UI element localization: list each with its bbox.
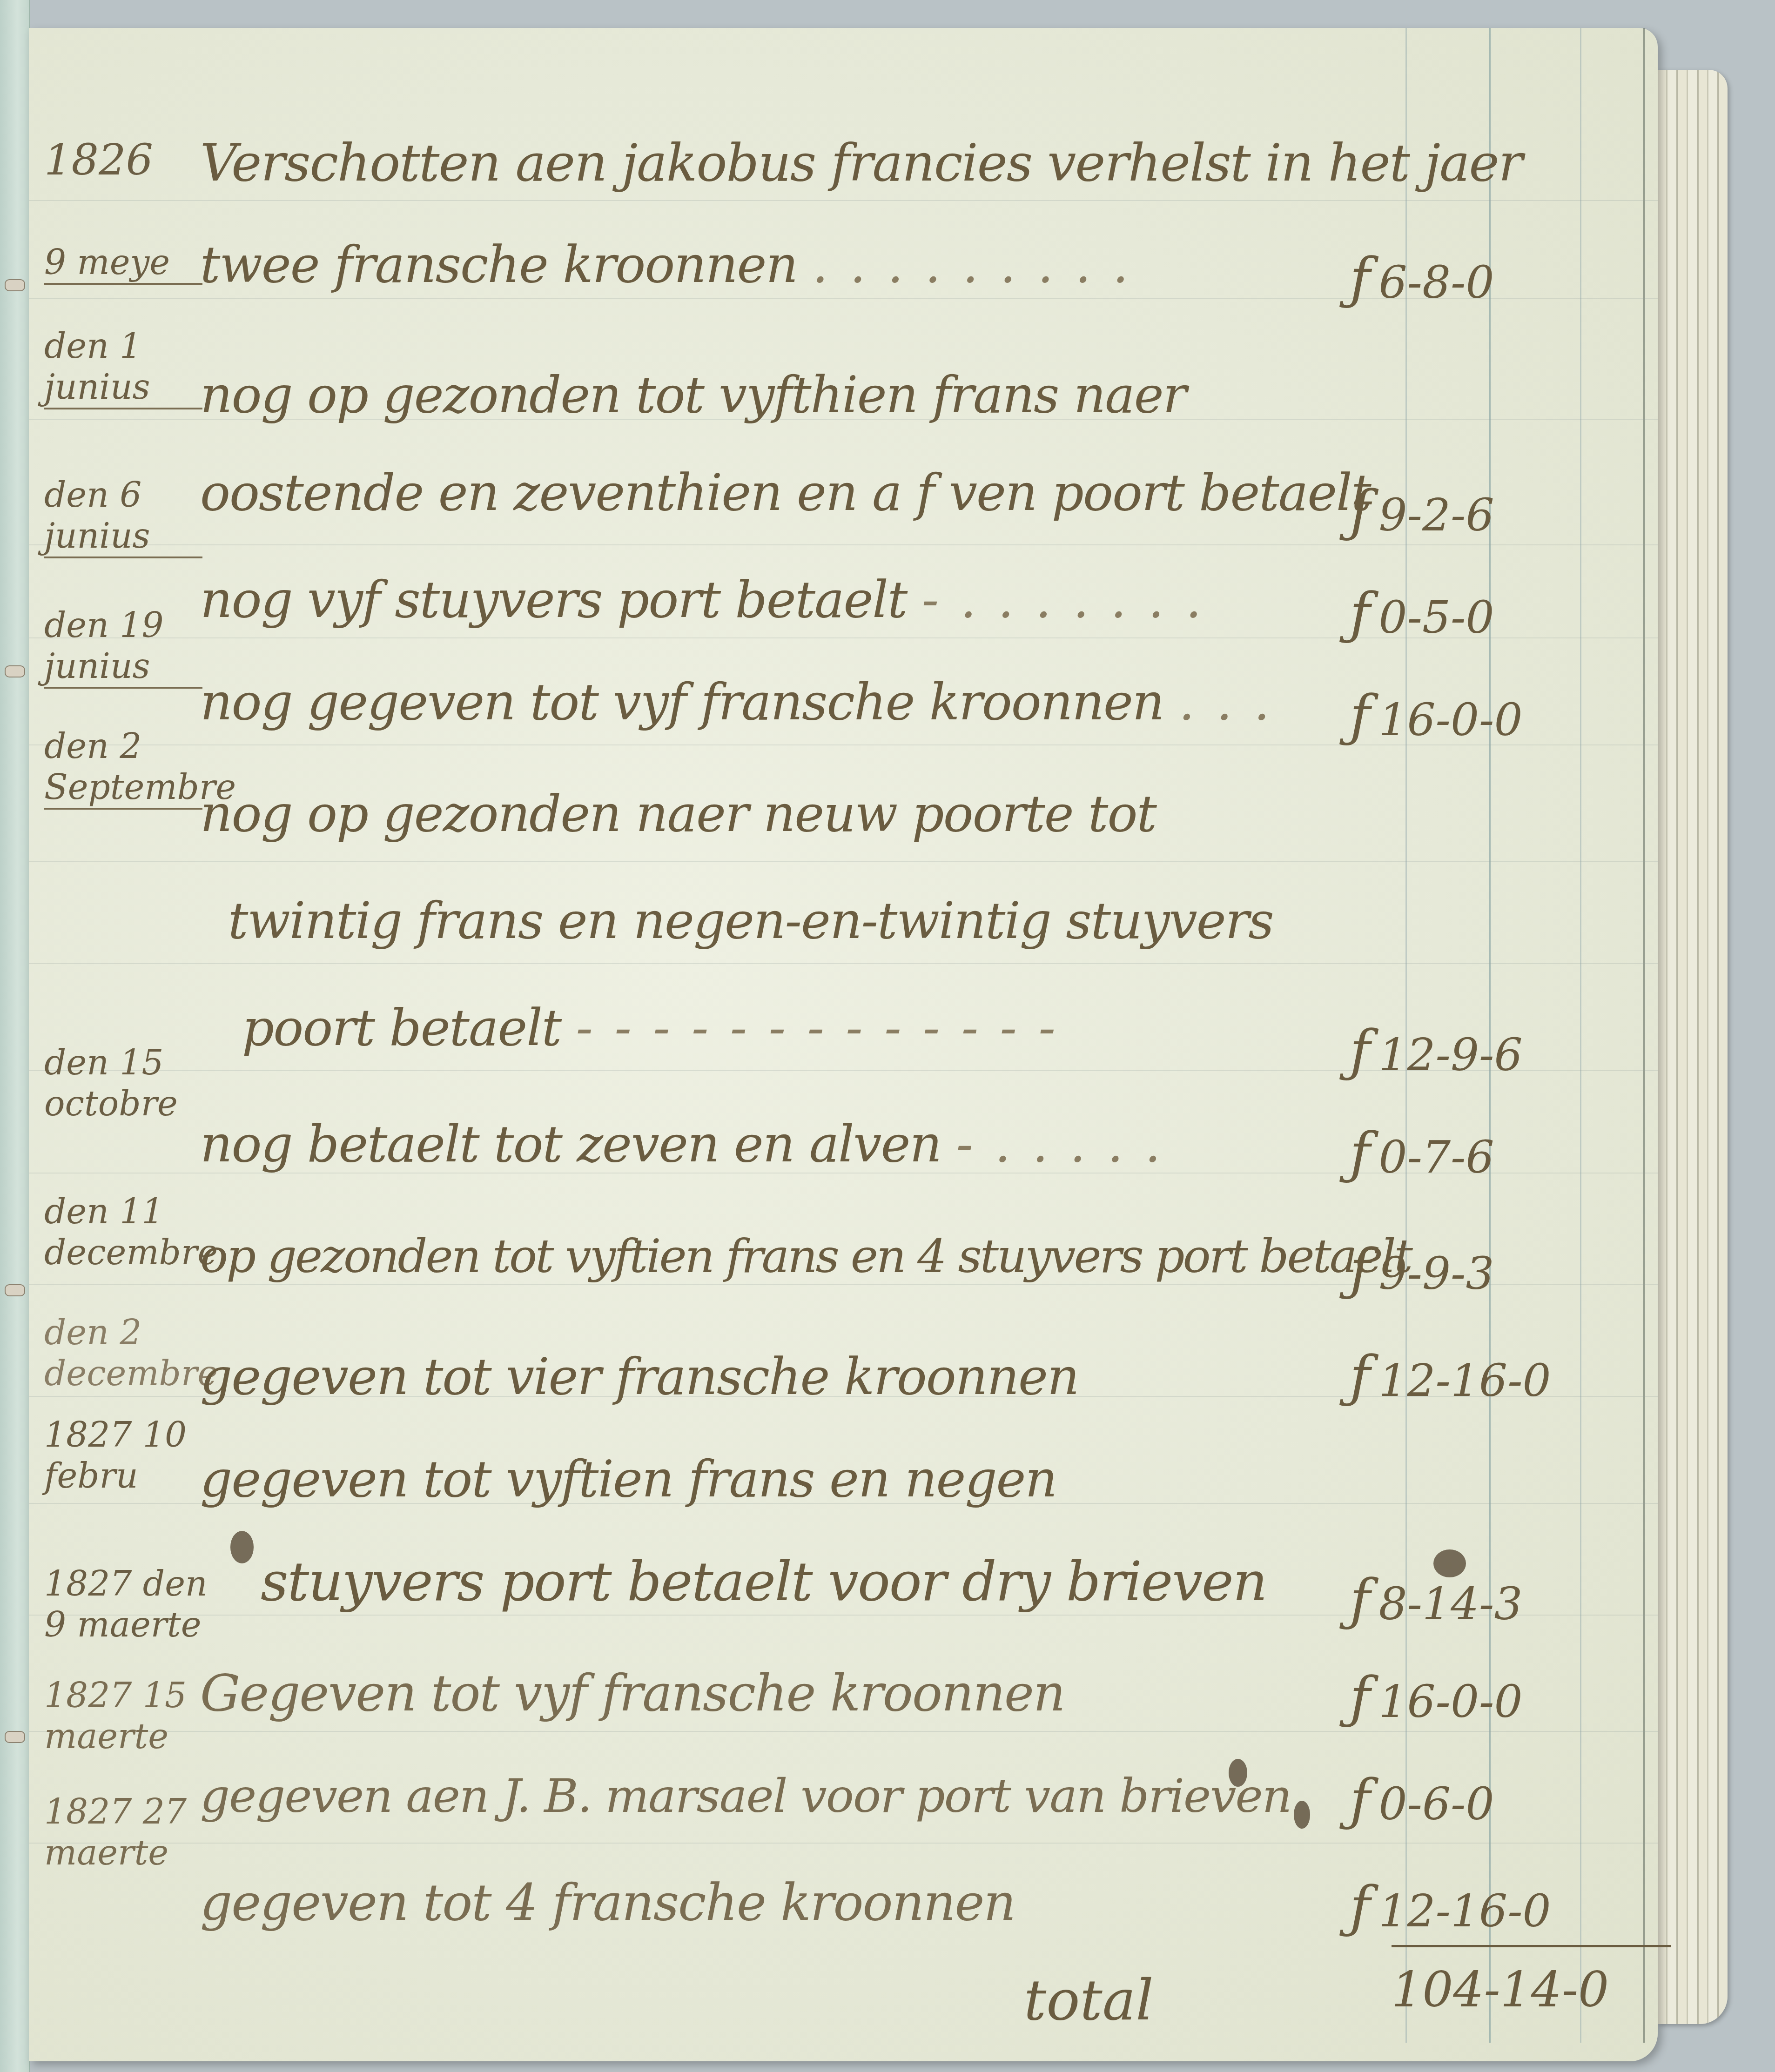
entry-description: twintig frans en negen-en-twintig stuyve…: [228, 893, 1415, 949]
row-rule: [29, 861, 1658, 862]
entry-amount: ƒ16-0-0: [1350, 1670, 1638, 1730]
entry-date: 1827 15 maerte: [44, 1675, 230, 1757]
binding-stitch: [5, 665, 25, 677]
entry-date: 1827 27 maerte: [44, 1791, 230, 1873]
ink-blot: [1433, 1549, 1466, 1577]
total-label: total: [1024, 1968, 1154, 2033]
heading-text: Verschotten aen jakobus francies verhels…: [200, 135, 1387, 191]
ink-blot: [230, 1531, 254, 1563]
row-rule: [29, 963, 1658, 964]
entry-amount: ƒ12-16-0: [1350, 1880, 1638, 1939]
entry-description: nog betaelt tot zeven en alven - . . . .…: [200, 1117, 1387, 1173]
entry-description: nog gegeven tot vyf fransche kroonnen . …: [200, 675, 1387, 731]
ink-blot: [1294, 1801, 1310, 1829]
entry-amount: ƒ0-5-0: [1350, 586, 1638, 645]
entry-description: twee fransche kroonnen . . . . . . . . .: [200, 237, 1387, 293]
entry-amount: ƒ12-9-6: [1350, 1024, 1638, 1083]
page-margin-rule: [1643, 28, 1645, 2043]
entry-description: poort betaelt - - - - - - - - - - - - -: [242, 1000, 1429, 1056]
entry-amount: ƒ9-9-3: [1350, 1242, 1638, 1301]
binding-stitch: [5, 279, 25, 291]
entry-description: nog vyf stuyvers port betaelt - . . . . …: [200, 572, 1387, 628]
sum-rule: [1392, 1945, 1671, 1947]
entry-amount: ƒ8-14-3: [1350, 1573, 1638, 1632]
entry-description: nog op gezonden naer neuw poorte tot: [200, 786, 1387, 842]
entry-description: gegeven tot 4 fransche kroonnen: [200, 1875, 1387, 1931]
entry-description: oostende en zeventhien en a f ven poort …: [200, 465, 1387, 521]
row-rule: [29, 1731, 1658, 1732]
total-amount: 104-14-0: [1392, 1961, 1609, 2018]
ink-blot: [1229, 1759, 1247, 1787]
entry-description: nog op gezonden tot vyfthien frans naer: [200, 368, 1387, 423]
entry-description: stuyvers port betaelt voor dry brieven: [261, 1554, 1447, 1610]
binding-stitch: [5, 1284, 25, 1296]
entry-amount: ƒ0-6-0: [1350, 1773, 1638, 1832]
row-rule: [29, 544, 1658, 545]
entry-amount: ƒ6-8-0: [1350, 251, 1638, 310]
page-stack-edges: [1658, 70, 1728, 2024]
entry-description: gegeven tot vier fransche kroonnen: [200, 1349, 1387, 1405]
entry-description: Gegeven tot vyf fransche kroonnen: [200, 1666, 1387, 1722]
entry-date: den 6 junius: [44, 475, 230, 558]
entry-amount: ƒ9-2-6: [1350, 484, 1638, 543]
entry-date: den 15 octobre: [44, 1042, 230, 1124]
entry-amount: ƒ0-7-6: [1350, 1126, 1638, 1185]
entry-description: gegeven tot vyftien frans en negen: [200, 1452, 1387, 1508]
entry-amount: ƒ12-16-0: [1350, 1349, 1638, 1408]
row-rule: [29, 200, 1658, 201]
row-rule: [29, 1843, 1658, 1844]
entry-date: 1827 den 9 maerte: [44, 1563, 230, 1645]
book-binding: [0, 0, 30, 2072]
entry-amount: ƒ16-0-0: [1350, 689, 1638, 748]
binding-stitch: [5, 1731, 25, 1743]
entry-description: op gezonden tot vyftien frans en 4 stuyv…: [200, 1228, 1387, 1284]
entry-description: gegeven aen J. B. marsael voor port van …: [200, 1768, 1387, 1824]
